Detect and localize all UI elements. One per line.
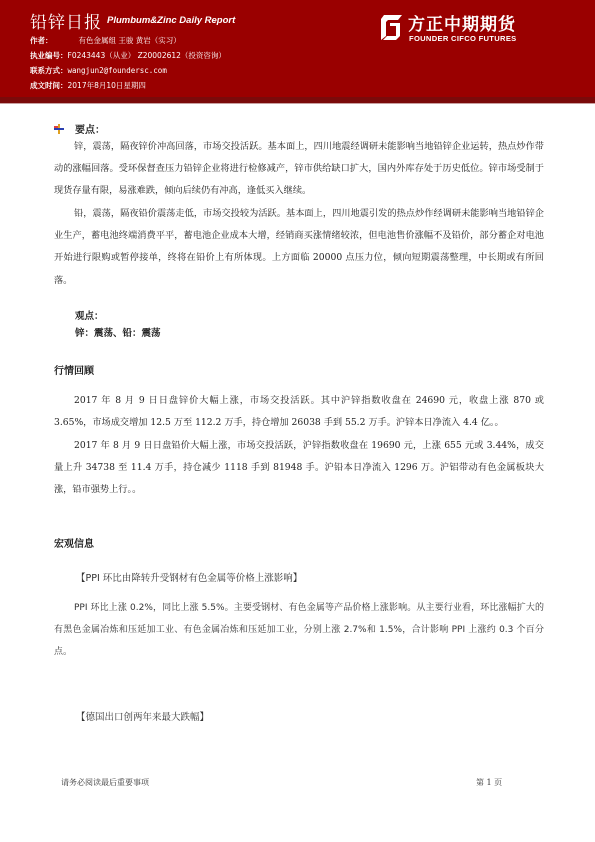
- logo-text-en: FOUNDER CIFCO FUTURES: [409, 34, 517, 43]
- report-title: 铅锌日报Plumbum&Zinc Daily Report: [30, 8, 235, 33]
- author-value: 有色金属组 王骏 黄岩（实习）: [79, 36, 181, 45]
- key-points-title: 要点：: [75, 121, 105, 136]
- contact-label: 联系方式：: [30, 66, 68, 75]
- license-line: 执业编号：F0243443（从业） Z20002612（投资咨询）: [30, 50, 226, 61]
- news-body-text: PPI 环比上涨 0.2%，同比上涨 5.5%。主要受钢材、有色金属等产品价格上…: [54, 603, 544, 657]
- view-value: 锌：震荡、铅：震荡: [75, 325, 161, 339]
- news-headline: 【德国出口创两年来最大跌幅】: [76, 709, 209, 723]
- macro-title: 宏观信息: [54, 535, 94, 550]
- lead-review-paragraph: 2017 年 8 月 9 日日盘铅价大幅上涨，市场交投活跃，沪锌指数收盘在 19…: [54, 435, 544, 502]
- license-label: 执业编号：: [30, 51, 68, 60]
- lead-outlook-text: 铅，震荡，隔夜铅价震荡走低，市场交投较为活跃。基本面上，四川地震引发的热点炒作经…: [54, 208, 544, 286]
- license-value: F0243443（从业） Z20002612（投资咨询）: [68, 51, 226, 60]
- date-line: 成文时间：2017年8月10日星期四: [30, 80, 146, 91]
- footer-disclaimer: 请务必阅读最后重要事项: [61, 777, 149, 788]
- author-label: 作者：: [30, 36, 53, 45]
- news-headline: 【PPI 环比由降转升受钢材有色金属等价格上涨影响】: [76, 570, 302, 584]
- zinc-outlook-text: 锌，震荡，隔夜锌价冲高回落，市场交投活跃。基本面上，四川地震经调研未能影响当地铅…: [54, 141, 544, 196]
- logo-text-cn: 方正中期期货: [408, 10, 516, 35]
- section-bullet-icon: [54, 124, 64, 134]
- market-review-title: 行情回顾: [54, 362, 94, 377]
- date-value: 2017年8月10日星期四: [68, 81, 146, 90]
- contact-line: 联系方式：wangjun2@foundersc.com: [30, 65, 167, 76]
- page-number: 第 1 页: [476, 777, 502, 788]
- header-divider-line: [0, 103, 595, 104]
- lead-outlook-paragraph: 铅，震荡，隔夜铅价震荡走低，市场交投较为活跃。基本面上，四川地震引发的热点炒作经…: [54, 203, 544, 292]
- date-label: 成文时间：: [30, 81, 68, 90]
- report-title-cn: 铅锌日报: [30, 13, 102, 33]
- view-label: 观点：: [75, 308, 104, 322]
- zinc-outlook-paragraph: 锌，震荡，隔夜锌价冲高回落，市场交投活跃。基本面上，四川地震经调研未能影响当地铅…: [54, 136, 544, 203]
- author-line: 作者：有色金属组 王骏 黄岩（实习）: [30, 35, 181, 46]
- zinc-review-paragraph: 2017 年 8 月 9 日日盘锌价大幅上涨，市场交投活跃。其中沪锌指数收盘在 …: [54, 390, 544, 434]
- contact-email[interactable]: wangjun2@foundersc.com: [68, 66, 167, 75]
- founder-logo-icon: [378, 12, 404, 42]
- lead-review-text: 2017 年 8 月 9 日日盘铅价大幅上涨，市场交投活跃，沪锌指数收盘在 19…: [54, 440, 544, 495]
- news-body: PPI 环比上涨 0.2%，同比上涨 5.5%。主要受钢材、有色金属等产品价格上…: [54, 597, 544, 664]
- report-title-en: Plumbum&Zinc Daily Report: [107, 15, 235, 26]
- zinc-review-text: 2017 年 8 月 9 日日盘锌价大幅上涨，市场交投活跃。其中沪锌指数收盘在 …: [54, 395, 544, 428]
